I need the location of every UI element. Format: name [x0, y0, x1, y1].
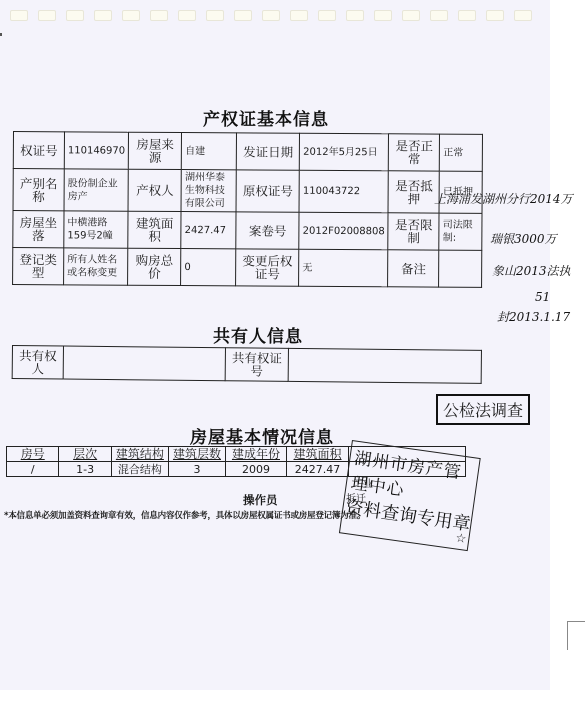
- remarks-value: [439, 250, 482, 287]
- owner-value: 湖州华泰生物科技有限公司: [181, 170, 236, 212]
- cert-number-value: 110146970: [64, 132, 128, 169]
- co-owner-table: 共有权人 共有权证号: [12, 345, 482, 384]
- handwritten-note: 封2013.1.17: [497, 308, 570, 325]
- floor-area-label: 建筑面积: [128, 211, 181, 248]
- perforation-strip: [10, 10, 532, 21]
- location-value: 中横港路159号2幢: [64, 211, 128, 248]
- header-structure: 建筑结构: [111, 447, 168, 462]
- footnote: *本信息单必须加盖资料查询章有效，信息内容仅作参考，具体以房屋权属证书或房屋登记…: [4, 509, 365, 521]
- is-normal-label: 是否正常: [389, 134, 440, 171]
- cell-floor-area: 2427.47: [286, 462, 348, 477]
- cell-year-built: 2009: [226, 462, 287, 477]
- is-normal-value: 正常: [440, 134, 483, 171]
- floor-area-value: 2427.47: [181, 212, 236, 249]
- new-cert-label: 变更后权证号: [236, 249, 299, 286]
- co-owner-label: 共有权人: [12, 346, 63, 380]
- original-cert-value: 110043722: [299, 170, 388, 213]
- scan-speck: [0, 33, 2, 36]
- operator-label: 操作员: [243, 492, 278, 508]
- crop-mark: [567, 621, 585, 650]
- handwritten-note: 瑞银3000万: [490, 230, 557, 247]
- co-owner-title: 共有人信息: [213, 322, 303, 347]
- co-owner-value: [63, 346, 225, 381]
- file-number-label: 案卷号: [236, 212, 299, 249]
- co-owner-cert-value: [288, 348, 481, 383]
- is-restricted-label: 是否限制: [388, 213, 439, 250]
- original-cert-label: 原权证号: [236, 170, 299, 212]
- issue-date-label: 发证日期: [237, 133, 300, 170]
- handwritten-note: 象山2013法执: [492, 262, 571, 279]
- table-row: 权证号 110146970 房屋来源 自建 发证日期 2012年5月25日 是否…: [13, 132, 482, 172]
- cell-room-number: /: [7, 462, 59, 477]
- official-seal: 湖州市房产管理中心 资料查询专用章 ☆: [339, 440, 481, 551]
- table-row: 共有权人 共有权证号: [12, 346, 481, 384]
- house-info-title: 房屋基本情况信息: [190, 423, 334, 448]
- header-floors: 建筑层数: [168, 447, 225, 462]
- issue-date-value: 2012年5月25日: [300, 133, 389, 171]
- property-cert-title: 产权证基本信息: [203, 105, 329, 130]
- property-type-label: 产别名称: [13, 169, 64, 211]
- cell-floors: 3: [168, 462, 225, 477]
- file-number-value: 2012F02008808: [299, 212, 388, 250]
- property-cert-table: 权证号 110146970 房屋来源 自建 发证日期 2012年5月25日 是否…: [12, 131, 483, 288]
- document-page: 产权证基本信息 权证号 110146970 房屋来源 自建 发证日期 2012年…: [0, 0, 550, 690]
- owner-label: 产权人: [128, 169, 181, 211]
- star-icon: ☆: [455, 530, 468, 545]
- co-owner-cert-label: 共有权证号: [225, 348, 288, 382]
- table-row: 房屋坐落 中横港路159号2幢 建筑面积 2427.47 案卷号 2012F02…: [13, 211, 482, 251]
- table-row: 产别名称 股份制企业房产 产权人 湖州华泰生物科技有限公司 原权证号 11004…: [13, 169, 482, 214]
- new-cert-value: 无: [299, 249, 388, 287]
- house-source-value: 自建: [182, 133, 237, 170]
- inquiry-stamp: 公检法调查: [436, 394, 530, 425]
- registration-type-label: 登记类型: [13, 248, 64, 285]
- total-price-label: 购房总价: [128, 248, 181, 285]
- header-floor-area: 建筑面积: [286, 447, 348, 462]
- is-mortgaged-label: 是否抵押: [388, 171, 439, 213]
- handwritten-note: 51: [535, 290, 550, 304]
- header-floor: 层次: [59, 447, 111, 462]
- header-year-built: 建成年份: [226, 447, 287, 462]
- total-price-value: 0: [181, 249, 236, 286]
- house-source-label: 房屋来源: [129, 132, 182, 169]
- is-restricted-value: 司法限制:: [439, 213, 482, 250]
- property-type-value: 股份制企业房产: [64, 169, 129, 211]
- header-room-number: 房号: [7, 447, 59, 462]
- table-row: 登记类型 所有人姓名或名称变更 购房总价 0 变更后权证号 无 备注: [13, 248, 482, 288]
- handwritten-note: 上海浦发湖州分行2014万: [434, 190, 573, 207]
- cert-number-label: 权证号: [13, 132, 64, 169]
- registration-type-value: 所有人姓名或名称变更: [64, 248, 128, 285]
- cell-structure: 混合结构: [111, 462, 168, 477]
- remarks-label: 备注: [388, 250, 439, 287]
- cell-floor: 1-3: [59, 462, 111, 477]
- location-label: 房屋坐落: [13, 211, 64, 248]
